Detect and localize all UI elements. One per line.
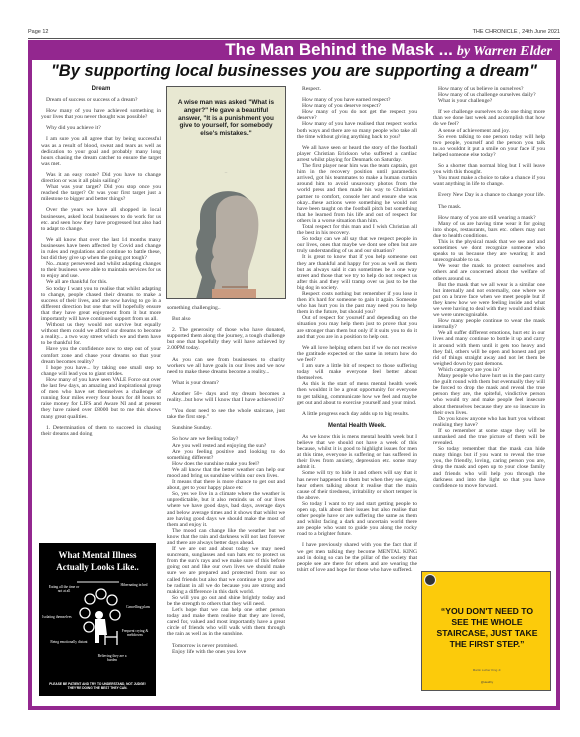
anger-quote-attribution: — [167, 171, 285, 174]
infographic-subtitle-bar [77, 581, 119, 583]
paragraph: As you can see from businesses to charit… [167, 357, 285, 375]
column-respect: Respect. How many of you have earned res… [297, 86, 417, 573]
infographic-footer: PLEASE BE PATIENT AND TRY TO UNDERSTAND,… [45, 682, 150, 690]
paragraph: 2. The generosity of those who have dona… [167, 327, 285, 351]
paragraph: Every New Day is a chance to change your… [433, 192, 545, 198]
paragraph: Respect costs nothing but remember if yo… [297, 291, 417, 315]
infographic-label: Being emotionally distant [47, 640, 91, 644]
section-heading-respect: Respect. [297, 86, 417, 92]
column-mask: How many of us believe in ourselves? How… [433, 86, 545, 489]
paragraph: So, yes we live in a climate where the w… [167, 491, 285, 528]
paragraph: Why did you achieve it? [41, 125, 161, 131]
paragraph: How many of you have realised that respe… [297, 121, 417, 139]
paragraph: No...many persevered and whilst adapting… [41, 261, 161, 279]
paragraph: A little progress each day adds up to bi… [297, 411, 417, 417]
paragraph: Dream of success or success of a dream? [41, 97, 161, 103]
paragraph: How many of you have seen VALE Force out… [41, 377, 161, 420]
paragraph: As we know this is mens mental health we… [297, 434, 417, 471]
paragraph: But also [167, 316, 285, 322]
page-number: Page 12 [28, 29, 49, 35]
paragraph: If so remember at some stage they will b… [433, 428, 545, 446]
paragraph: We all know that over the last 14 months… [41, 237, 161, 261]
paragraph: I am sure a little bit of respect to tho… [297, 363, 417, 381]
infographic-label: Frequent crying & meltdowns [115, 629, 155, 638]
paragraph: How many of you are still wearing a mask… [433, 215, 545, 221]
section-heading-dream: Dream [41, 86, 161, 92]
paragraph: It means that there is more chance to ge… [167, 479, 285, 491]
mental-illness-infographic: What Mental Illness Actually Looks Like.… [39, 543, 156, 696]
infographic-label: Hibernating in bed [117, 583, 151, 587]
publication-date: THE CHRONICLE , 24th June 2021 [473, 29, 560, 35]
anger-quote-text: A wise man was asked "What is anger?" He… [173, 99, 279, 138]
paragraph: This is the physical mask that we see an… [433, 239, 545, 263]
column-dream: Dream Dream of success or success of a d… [41, 86, 161, 437]
subheadline: "By supporting local businesses you are … [32, 60, 556, 82]
paragraph: What is your challenge? [433, 98, 545, 104]
paragraph: The mood can change like the weather but… [167, 528, 285, 546]
paragraph: So today remember that the mask can hide… [433, 446, 545, 489]
paragraph: Some will try to hide it and others will… [297, 470, 417, 500]
paragraph: So will you go out and shine brightly to… [167, 595, 285, 607]
article-banner: The Man Behind the Mask ... by Warren El… [28, 40, 560, 60]
column-sunshine: something challenging.. But also 2. The … [167, 305, 285, 655]
two-faces-silhouette-icon [192, 187, 262, 299]
person-thinking-icon [77, 587, 121, 647]
section-heading-sunshine-sunday: Sunshine Sunday. [167, 425, 285, 431]
infographic-label: Eating all the time or not at all [47, 585, 81, 594]
paragraph: Out of respect for yourself and dependin… [297, 315, 417, 339]
infographic-label: Believing they are a burden [95, 654, 129, 663]
paragraph: But the mask that we all wear is a simil… [433, 282, 545, 319]
article-title: The Man Behind the Mask ... [225, 40, 453, 59]
quote-watermark: @Healthy [422, 680, 551, 684]
quote-author: Martin Luther King Jr. [422, 668, 551, 672]
paragraph: It is great to know that if you help som… [297, 254, 417, 291]
paragraph: We all love helping others but if we do … [297, 345, 417, 363]
infographic-label: Cancelling plans [123, 605, 153, 609]
paragraph: Do you know anyone who has hurt you with… [433, 416, 545, 428]
paragraph: So today can we all say that we respect … [297, 236, 417, 254]
paragraph: Are you feeling positive and looking to … [167, 449, 285, 461]
section-heading-the-mask: The mask. [433, 204, 545, 210]
paragraph: Many people who have hurt us in the past… [433, 373, 545, 416]
paragraph: If we are out and about today we may nee… [167, 546, 285, 595]
paragraph: Enjoy life with the ones you love [167, 649, 285, 655]
paragraph: So today I want to try and start getting… [297, 501, 417, 538]
paragraph: We wear the mask to protect ourselves an… [433, 263, 545, 281]
paragraph: What was your target? Did you stop once … [41, 184, 161, 202]
paragraph: Total respect for this man and I wish Ch… [297, 224, 417, 236]
paragraph: Without us they would not survive but eq… [41, 322, 161, 346]
infographic-label: Isolating themselves [41, 615, 73, 619]
paragraph: We all suffer different emotions, hurt e… [433, 330, 545, 367]
paragraph: So a shorter than normal blog but I will… [433, 163, 545, 175]
paragraph: I hope you have... by taking one small s… [41, 365, 161, 377]
paragraph: How many of you have achieved something … [41, 108, 161, 120]
paragraph: I am sure you all agree that by being su… [41, 136, 161, 166]
paragraph: Over the years we have all shopped in lo… [41, 207, 161, 231]
paragraph: I have previously shared with you the fa… [297, 542, 417, 572]
paragraph: We all know that the better weather can … [167, 467, 285, 479]
paragraph: 1. Determination of them to succeed in c… [41, 425, 161, 437]
staircase-quote-text: “YOU DON'T NEED TO SEE THE WHOLE STAIRCA… [422, 606, 551, 650]
paragraph: How many people continue to wear the mas… [433, 318, 545, 330]
paragraph: So even talking to one person today will… [433, 134, 545, 158]
paragraph: So today I want you to realise that whil… [41, 286, 161, 323]
paragraph: We all have seen or heard the story of t… [297, 145, 417, 163]
paragraph: As this is the start of mens mental heal… [297, 381, 417, 405]
paragraph: You must make a choice to take a chance … [433, 175, 545, 187]
staircase-quote-image: “YOU DON'T NEED TO SEE THE WHOLE STAIRCA… [421, 571, 551, 691]
paragraph: something challenging.. [167, 305, 285, 311]
quote-source-logo-icon [424, 574, 436, 586]
page-header-line: Page 12 THE CHRONICLE , 24th June 2021 [28, 28, 560, 39]
paragraph: How many of you do not get the respect y… [297, 109, 417, 121]
paragraph: Was it an easy route? Did you have to ch… [41, 172, 161, 184]
anger-quote-image: A wise man was asked "What is anger?" He… [166, 86, 286, 299]
paragraph: The first player near him was the team c… [297, 163, 417, 224]
paragraph: Many of us are having time wear it for g… [433, 221, 545, 239]
pull-quote: "You dont need to see the whole staircas… [167, 408, 285, 420]
paragraph: Let's hope that we can help one other pe… [167, 607, 285, 637]
paragraph: Have you the confidence now to step out … [41, 346, 161, 364]
paragraph: If we challenge ourselves to do one thin… [433, 109, 545, 127]
section-heading-mental-health-week: Mental Health Week. [297, 423, 417, 429]
paragraph: What is your dream? [167, 380, 285, 386]
paragraph: Another 50+ days and my dream becomes a … [167, 391, 285, 403]
infographic-title: What Mental Illness Actually Looks Like.… [39, 549, 156, 573]
article-byline: by Warren Elder [457, 44, 552, 59]
